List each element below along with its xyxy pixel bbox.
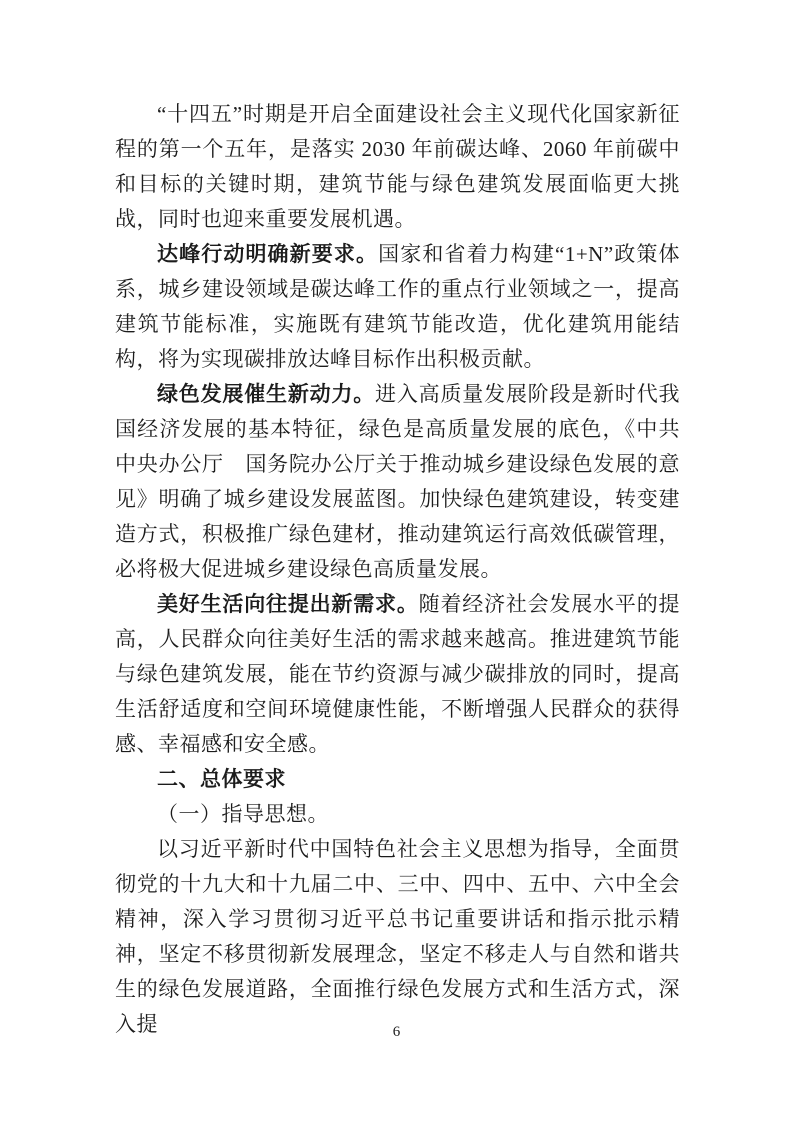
paragraph-bold-lead: 绿色发展催生新动力。 [157,382,375,406]
section-heading: 二、总体要求 [115,762,680,797]
paragraph-text: 进入高质量发展阶段是新时代我国经济发展的基本特征，绿色是高质量发展的底色，《中共… [115,382,680,581]
paragraph-text: （一）指导思想。 [157,802,329,826]
paragraph-bold-lead: 达峰行动明确新要求。 [157,242,378,266]
document-body: “十四五”时期是开启全面建设社会主义现代化国家新征程的第一个五年，是落实 203… [115,97,680,1042]
body-paragraph: 美好生活向往提出新需求。随着经济社会发展水平的提高，人民群众向往美好生活的需求越… [115,587,680,762]
paragraph-text: 以习近平新时代中国特色社会主义思想为指导，全面贯彻党的十九大和十九届二中、三中、… [115,837,680,1036]
document-page: “十四五”时期是开启全面建设社会主义现代化国家新征程的第一个五年，是落实 203… [0,0,793,1122]
page-number: 6 [0,1022,793,1042]
sub-heading: （一）指导思想。 [115,797,680,832]
body-paragraph: “十四五”时期是开启全面建设社会主义现代化国家新征程的第一个五年，是落实 203… [115,97,680,237]
paragraph-text: 随着经济社会发展水平的提高，人民群众向往美好生活的需求越来越高。推进建筑节能与绿… [115,592,680,756]
paragraph-text: 二、总体要求 [157,768,286,791]
body-paragraph: 以习近平新时代中国特色社会主义思想为指导，全面贯彻党的十九大和十九届二中、三中、… [115,832,680,1042]
body-paragraph: 绿色发展催生新动力。进入高质量发展阶段是新时代我国经济发展的基本特征，绿色是高质… [115,377,680,587]
paragraph-text: “十四五”时期是开启全面建设社会主义现代化国家新征程的第一个五年，是落实 203… [115,102,680,231]
paragraph-bold-lead: 美好生活向往提出新需求。 [157,592,419,616]
body-paragraph: 达峰行动明确新要求。国家和省着力构建“1+N”政策体系，城乡建设领域是碳达峰工作… [115,237,680,377]
